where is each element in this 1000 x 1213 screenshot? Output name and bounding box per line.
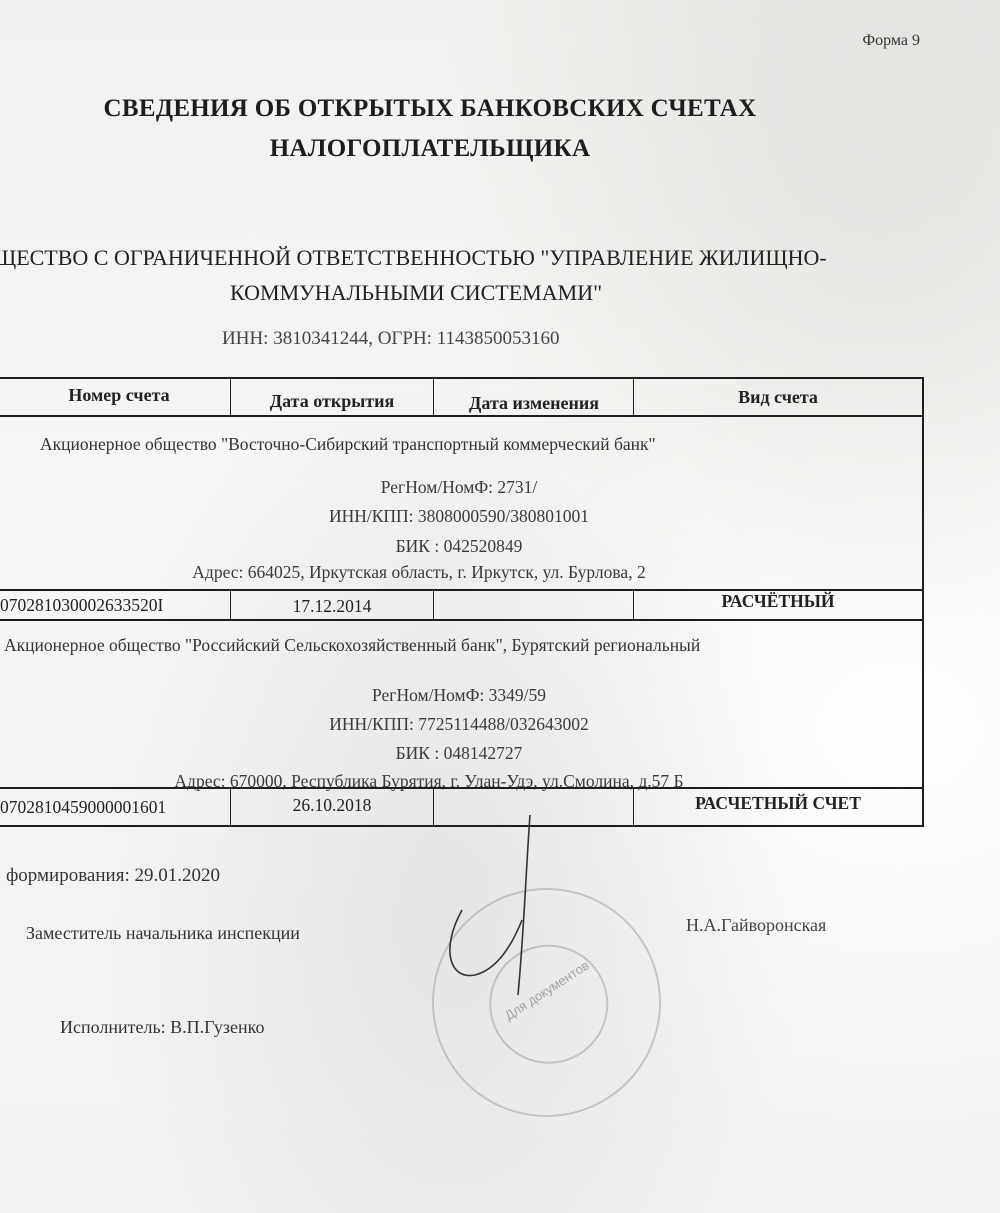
divider (633, 589, 634, 621)
account-open-date: 26.10.2018 (232, 795, 432, 816)
signer-name: Н.А.Гайворонская (686, 915, 826, 936)
divider (633, 379, 634, 417)
bank-inn-kpp: ИНН/КПП: 7725114488/032643002 (0, 714, 922, 735)
header-open-date: Дата открытия (232, 391, 432, 412)
document-title: СВЕДЕНИЯ ОБ ОТКРЫТЫХ БАНКОВСКИХ СЧЕТАХ (0, 95, 860, 123)
signer-title: Заместитель начальника инспекции (26, 923, 300, 944)
divider (433, 787, 434, 825)
bank-reg: РегНом/НомФ: 2731/ (0, 477, 922, 498)
divider (0, 415, 922, 417)
account-number: 0702810459000001601 (0, 797, 226, 818)
executor: Исполнитель: В.П.Гузенко (60, 1017, 264, 1038)
divider (433, 589, 434, 621)
bank-name: Акционерное общество "Российский Сельско… (4, 635, 700, 656)
bank-inn-kpp: ИНН/КПП: 3808000590/380801001 (0, 506, 922, 527)
header-account-number: Номер счета (14, 385, 224, 406)
header-change-date: Дата изменения (436, 393, 632, 414)
bank-name: Акционерное общество "Восточно-Сибирский… (40, 434, 656, 455)
taxpayer-name-line2: КОММУНАЛЬНЫМИ СИСТЕМАМИ" (230, 280, 602, 306)
bank-bik: БИК : 048142727 (0, 743, 922, 764)
bank-address: Адрес: 664025, Иркутская область, г. Ирк… (0, 562, 882, 583)
form-number: Форма 9 (862, 32, 920, 50)
bank-bik: БИК : 042520849 (0, 536, 922, 557)
header-account-type: Вид счета (636, 387, 920, 408)
bank-reg: РегНом/НомФ: 3349/59 (0, 685, 922, 706)
divider (433, 379, 434, 417)
divider (230, 379, 231, 417)
divider (0, 619, 922, 621)
taxpayer-ids: ИНН: 3810341244, ОГРН: 1143850053160 (222, 328, 560, 350)
generation-date: формирования: 29.01.2020 (6, 865, 220, 887)
taxpayer-name: ЩЕСТВО С ОГРАНИЧЕННОЙ ОТВЕТСТВЕННОСТЬЮ "… (0, 245, 827, 271)
account-type: РАСЧЁТНЫЙ (636, 591, 920, 612)
account-open-date: 17.12.2014 (232, 596, 432, 617)
accounts-table: Номер счета Дата открытия Дата изменения… (0, 377, 924, 827)
account-type: РАСЧЕТНЫЙ СЧЕТ (636, 793, 920, 814)
document-title-line2: НАЛОГОПЛАТЕЛЬЩИКА (0, 135, 860, 163)
account-number: 070281030002633520I (0, 595, 226, 616)
divider (0, 787, 922, 789)
signature-icon (440, 810, 580, 1000)
divider (230, 787, 231, 825)
divider (230, 589, 231, 621)
divider (633, 787, 634, 825)
